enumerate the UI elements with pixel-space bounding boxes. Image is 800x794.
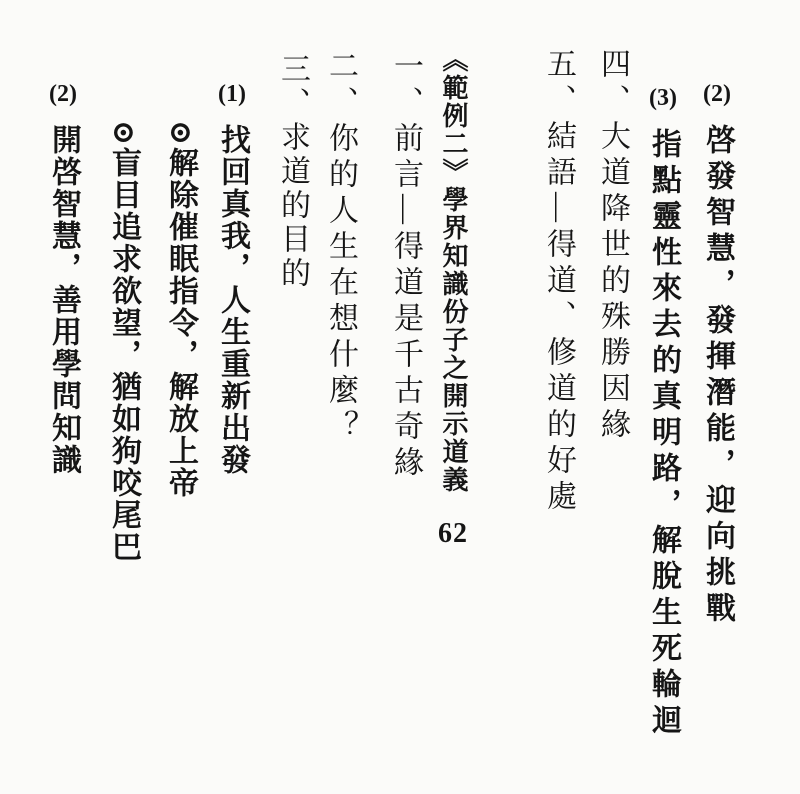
bullet-desire-column: ⊙盲目追求欲望，猶如狗咬尾巴 — [101, 120, 145, 563]
page-title: 《範例二》學界知識份子之開示道義 — [431, 46, 475, 494]
item-number-label: (1) — [218, 82, 246, 112]
document-title-column: 《範例二》學界知識份子之開示道義 62 — [431, 46, 475, 550]
column-text: 指點靈性來去的真明路，解脫生死輪迴 — [641, 128, 685, 740]
item-number-label: (2) — [49, 82, 77, 112]
column-text: ⊙盲目追求欲望，猶如狗咬尾巴 — [101, 120, 145, 563]
column-text: 找回真我，人生重新出發 — [210, 124, 254, 476]
column-text: 五、結語—得道、修道的好處 — [536, 48, 580, 516]
scanned-document-page: (2) 啓發智慧，發揮潛能，迎向挑戰 (3) 指點靈性來去的真明路，解脫生死輪迴… — [0, 0, 800, 794]
column-text: 啓發智慧，發揮潛能，迎向挑戰 — [695, 124, 739, 628]
outline-item-2-wisdom-column: (2) 啓發智慧，發揮潛能，迎向挑戰 — [695, 82, 739, 628]
outline-item-3-spirit-column: (3) 指點靈性來去的真明路，解脫生死輪迴 — [641, 86, 685, 740]
bullet-hypnosis-column: ⊙解除催眠指令，解放上帝 — [158, 120, 202, 499]
column-text: 三、求道的目的 — [270, 53, 314, 291]
column-text: ⊙解除催眠指令，解放上帝 — [158, 120, 202, 499]
item-number-label: (2) — [703, 82, 731, 112]
column-text: 二、你的人生在想什麼？ — [318, 50, 362, 446]
item-number-label: (3) — [649, 86, 677, 116]
section-four-column: 四、大道降世的殊勝因緣 — [590, 48, 634, 444]
column-text: 一、前言—得道是千古奇緣 — [383, 50, 427, 482]
outline-item-1-trueself-column: (1) 找回真我，人生重新出發 — [210, 82, 254, 476]
page-number: 62 — [438, 518, 468, 550]
section-three-column: 三、求道的目的 — [270, 53, 314, 291]
section-five-column: 五、結語—得道、修道的好處 — [536, 48, 580, 516]
column-text: 四、大道降世的殊勝因緣 — [590, 48, 634, 444]
section-one-column: 一、前言—得道是千古奇緣 — [383, 50, 427, 482]
column-text: 開啓智慧，善用學問知識 — [41, 124, 85, 476]
section-two-column: 二、你的人生在想什麼？ — [318, 50, 362, 446]
outline-item-2-knowledge-column: (2) 開啓智慧，善用學問知識 — [41, 82, 85, 476]
